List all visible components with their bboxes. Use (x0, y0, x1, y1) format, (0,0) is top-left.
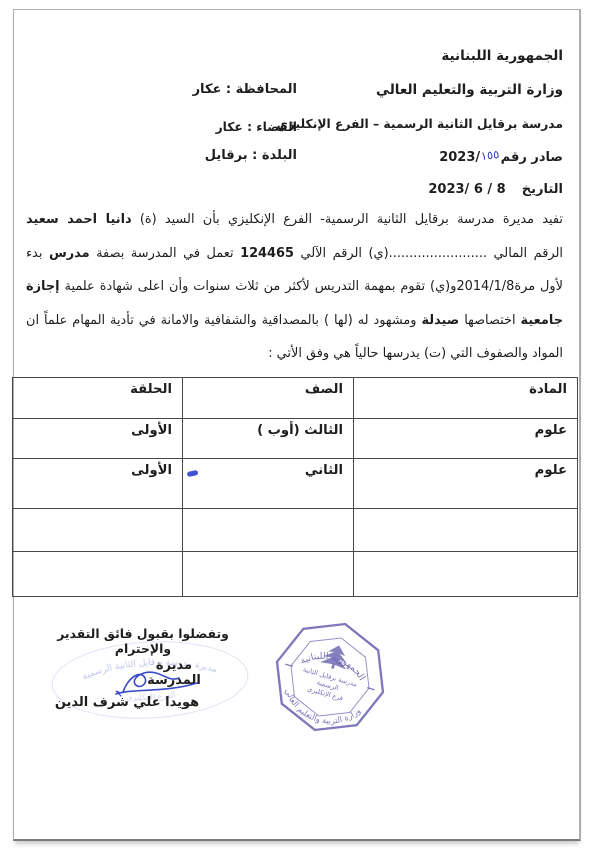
issued-separator: / (475, 150, 480, 165)
district-line: القضاء : عكار (216, 120, 297, 134)
republic-title: الجمهورية اللبنانية (441, 48, 563, 64)
document-page: الجمهورية اللبنانية وزارة التربية والتعل… (0, 0, 589, 860)
date-line: التاريخ 2023/ 6 / 8 (428, 182, 563, 197)
governorate-line: المحافظة : عكار (193, 82, 297, 97)
table-header-row: المادة الصف الحلقة (13, 378, 578, 419)
issued-number-line: صادر رقم١٥٥/2023 (439, 150, 563, 165)
body-line-3: لأول مرة2014/1/8و(ي) تقوم بمهمة التدريس … (26, 270, 563, 304)
col-class: الصف (183, 378, 354, 419)
table-row (13, 552, 578, 597)
date-value: 2023/ 6 / 8 (428, 182, 505, 197)
salutation: وتفضلوا بقبول فائق التقدير والإحترام (47, 626, 239, 656)
col-subject: المادة (354, 378, 578, 419)
table-row: علوم الثاني الأولى (13, 459, 578, 509)
body-line-4: جامعية اختصاصها صيدلة ومشهود له (لها ) ب… (26, 304, 563, 338)
teacher-name: دانيا احمد سعيد (26, 212, 132, 227)
issued-number-handwritten: ١٥٥ (480, 147, 500, 163)
table-row (13, 509, 578, 552)
body-line-2: الرقم المالي ........................(ي)… (26, 237, 563, 271)
school-name: مدرسة برقايل الثانية الرسمية – الفرع الإ… (277, 117, 563, 131)
automated-number: 124465 (240, 246, 294, 261)
body-line-1: تفيد مديرة مدرسة برقايل الثانية الرسمية-… (26, 203, 563, 237)
col-cycle: الحلقة (13, 378, 183, 419)
issued-label: صادر رقم (501, 150, 563, 165)
town-line: البلدة : برقايل (205, 148, 297, 163)
ministry-title: وزارة التربية والتعليم العالي (376, 82, 563, 98)
body-line-5: المواد والصفوف التي (ت) يدرسها حالياً هي… (26, 337, 563, 371)
issued-year: 2023 (439, 150, 475, 165)
signature (113, 666, 201, 702)
date-label: التاريخ (522, 182, 563, 197)
specialty: صيدلة (421, 313, 459, 328)
subjects-table: المادة الصف الحلقة علوم الثالث (أوب ) ال… (12, 377, 578, 597)
certificate-body: تفيد مديرة مدرسة برقايل الثانية الرسمية-… (26, 203, 563, 371)
table-row: علوم الثالث (أوب ) الأولى (13, 419, 578, 459)
